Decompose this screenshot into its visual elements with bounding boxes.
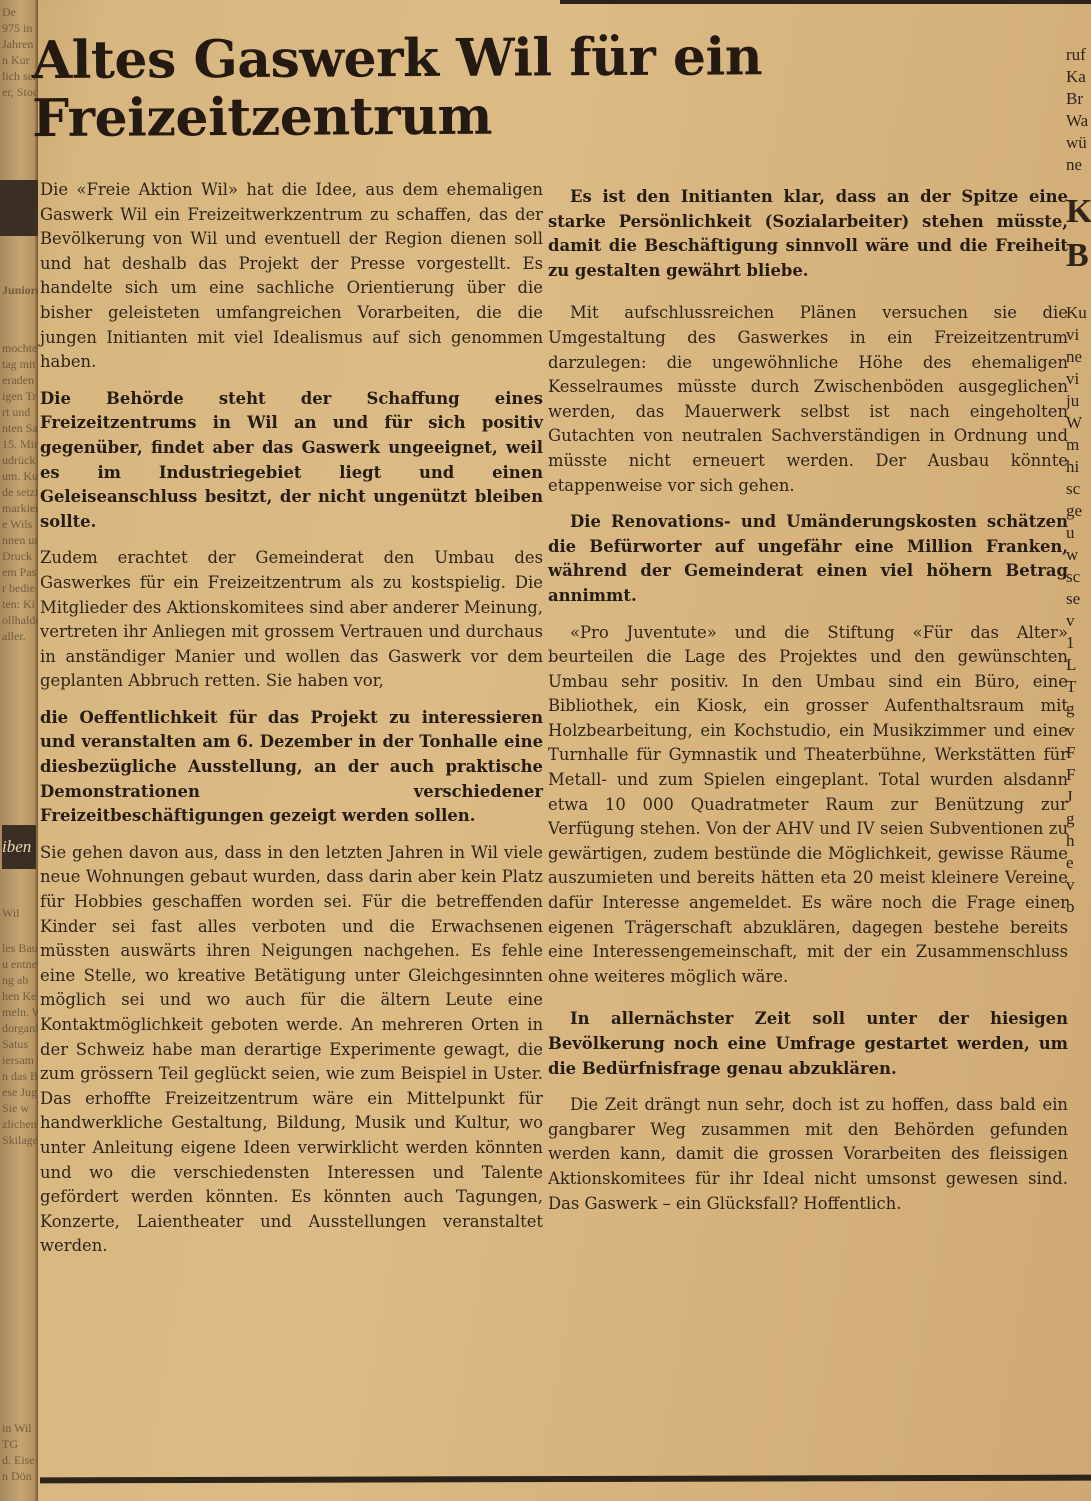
fragment-line: wü	[1066, 132, 1091, 154]
fragment-line: tag mit	[0, 356, 38, 372]
fragment-heading: Junioren	[0, 282, 38, 298]
fragment-line: ng ab	[0, 972, 38, 988]
fragment-line: J	[1066, 786, 1091, 808]
fragment-line: L	[1066, 654, 1091, 676]
fragment-line: zlichen,	[0, 1116, 38, 1132]
fragment-line: T	[1066, 676, 1091, 698]
fragment-line: rt und	[0, 404, 38, 420]
fragment-line: Ka	[1066, 66, 1091, 88]
fragment-line: Br	[1066, 88, 1091, 110]
fragment-line: ese Jug	[0, 1084, 38, 1100]
fragment-line: nnen un	[0, 532, 38, 548]
fragment-line: d. Eise	[0, 1452, 35, 1468]
article-column-right: Es ist den Initianten klar, dass an der …	[548, 185, 1068, 1228]
fragment-line: markiert	[0, 500, 38, 516]
fragment-line: mochten	[0, 340, 38, 356]
article-paragraph: Die Renovations- und Umänderungskosten s…	[548, 510, 1068, 608]
fragment-line: u entne	[0, 956, 38, 972]
fragment-heading: K	[1066, 190, 1091, 234]
fragment-line: les Bau	[0, 940, 38, 956]
fragment-line: um. Ku	[0, 468, 38, 484]
fragment-line: Skilager	[0, 1132, 38, 1148]
article-paragraph: Sie gehen davon aus, dass in den letzten…	[40, 841, 543, 1259]
fragment-line: b	[1066, 896, 1091, 918]
fragment-line: ruf	[1066, 44, 1091, 66]
fragment-line: u	[1066, 522, 1091, 544]
fragment-line: hen Ke	[0, 988, 38, 1004]
fragment-line: meln. W	[0, 1004, 38, 1020]
fragment-line: F	[1066, 764, 1091, 786]
fragment-line: hi	[1066, 456, 1091, 478]
article-paragraph: die Oeffentlichkeit für das Projekt zu i…	[40, 706, 543, 829]
article-column-left: Die «Freie Aktion Wil» hat die Idee, aus…	[40, 178, 543, 1271]
fragment-line: ne	[1066, 154, 1091, 176]
fragment-line: sc	[1066, 566, 1091, 588]
bottom-divider-rule	[40, 1475, 1091, 1484]
fragment-line: m	[1066, 434, 1091, 456]
fragment-line: sc	[1066, 478, 1091, 500]
adjacent-right-article-fragment: rufKaBrWawüneKBKuvinevijuWmhiscgeuwscsev…	[1066, 44, 1091, 918]
fragment-line: eraden	[0, 372, 38, 388]
fragment-line: r bedie	[0, 580, 38, 596]
fragment-line: 1	[1066, 632, 1091, 654]
fragment-line: ge	[1066, 500, 1091, 522]
article-paragraph: In allernächster Zeit soll unter der hie…	[548, 1007, 1068, 1081]
article-headline: Altes Gaswerk Wil für ein Freizeitzentru…	[32, 28, 833, 148]
article-paragraph: «Pro Juventute» und die Stiftung «Für da…	[548, 621, 1068, 990]
fragment-line: e	[1066, 852, 1091, 874]
fragment-line: in Wil	[0, 1420, 35, 1436]
fragment-line: dorgani	[0, 1020, 38, 1036]
fragment-line: e Wils	[0, 516, 38, 532]
article-paragraph: Die «Freie Aktion Wil» hat die Idee, aus…	[40, 178, 543, 375]
fragment-line: Sie w	[0, 1100, 38, 1116]
top-divider-rule	[560, 0, 1091, 4]
fragment-line: se	[1066, 588, 1091, 610]
fragment-heading: Wil	[0, 905, 20, 921]
fragment-line: v	[1066, 720, 1091, 742]
fragment-line: W	[1066, 412, 1091, 434]
article-paragraph: Die Behörde steht der Schaffung eines Fr…	[40, 387, 543, 535]
fragment-line: em Pas	[0, 564, 38, 580]
adjacent-section-band: iben	[2, 825, 36, 869]
fragment-line: De	[0, 4, 38, 20]
fragment-line: Druck	[0, 548, 38, 564]
fragment-heading: B	[1066, 234, 1091, 278]
fragment-line: ne	[1066, 346, 1091, 368]
fragment-line: n das B	[0, 1068, 38, 1084]
fragment-line: aller.	[0, 628, 38, 644]
fragment-line: ju	[1066, 390, 1091, 412]
fragment-line: Satus	[0, 1036, 38, 1052]
article-paragraph: Es ist den Initianten klar, dass an der …	[548, 185, 1068, 283]
fragment-line: n Dön	[0, 1468, 35, 1484]
fragment-line: vi	[1066, 324, 1091, 346]
fragment-line: g	[1066, 808, 1091, 830]
article-paragraph: Zudem erachtet der Gemeinderat den Umbau…	[40, 546, 543, 694]
fragment-line: ten: Ki	[0, 596, 38, 612]
fragment-line: ollhalde	[0, 612, 38, 628]
fragment-line: F	[1066, 742, 1091, 764]
fragment-line: udrück	[0, 452, 38, 468]
fragment-line: Wa	[1066, 110, 1091, 132]
dark-band	[0, 180, 38, 236]
fragment-line: de setzt	[0, 484, 38, 500]
adjacent-page-fold: De975 inJahrenn Kurlich seier, StocJunio…	[0, 0, 38, 1501]
fragment-line: v	[1066, 874, 1091, 896]
fragment-line: igen Tr	[0, 388, 38, 404]
fragment-line: iersam	[0, 1052, 38, 1068]
article-paragraph: Die Zeit drängt nun sehr, doch ist zu ho…	[548, 1093, 1068, 1216]
fragment-line: vi	[1066, 368, 1091, 390]
fragment-line: w	[1066, 544, 1091, 566]
fragment-line: g	[1066, 698, 1091, 720]
fragment-line: nten Sa	[0, 420, 38, 436]
fragment-line: h	[1066, 830, 1091, 852]
fragment-line: TG	[0, 1436, 35, 1452]
fragment-line: Ku	[1066, 302, 1091, 324]
article-paragraph: Mit aufschlussreichen Plänen versuchen s…	[548, 301, 1068, 498]
fragment-line: v	[1066, 610, 1091, 632]
fragment-line: 15. Min	[0, 436, 38, 452]
